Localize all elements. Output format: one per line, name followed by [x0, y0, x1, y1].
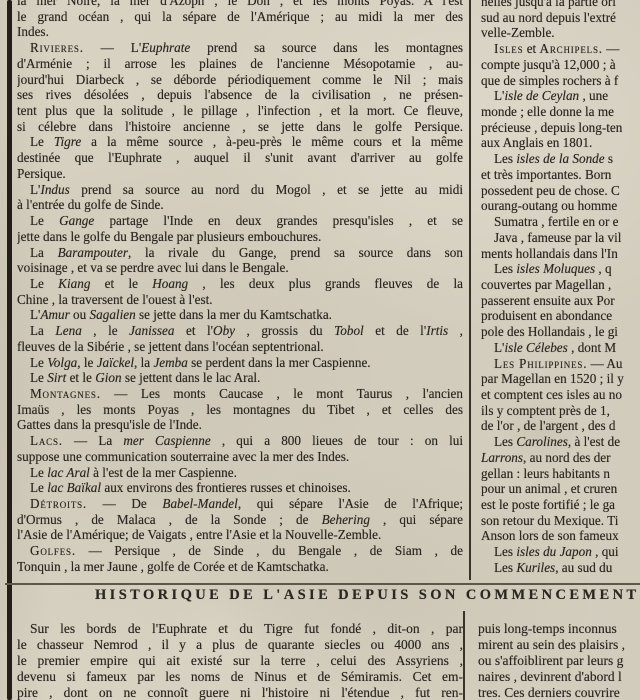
italic-text-run: isles du Japon — [516, 544, 591, 559]
text-run: , q — [595, 261, 611, 276]
text-run: tres. Ces derniers couvrire — [478, 685, 620, 700]
italic-text-run: Jemba — [153, 355, 187, 370]
text-run: Les — [494, 560, 516, 575]
text-line: passerent ensuite aux Por — [481, 293, 640, 309]
italic-text-run: Tobol — [334, 323, 364, 338]
text-run: — Au — [587, 356, 622, 371]
text-line: ils y comptent près de 1, — [481, 403, 640, 419]
text-line: Les isles de la Sonde s — [481, 151, 640, 167]
text-line: L'isle Célebes , dont M — [481, 340, 640, 356]
italic-text-run: Amur — [40, 307, 69, 322]
text-run: l'Asie de l'Amérique; de Vaigats , entre… — [17, 527, 381, 542]
text-line: ments hollandais dans l'In — [481, 246, 640, 262]
historique-right-column: puis long-temps inconnusmirent au sein d… — [478, 621, 640, 700]
text-line: jourd'hui Diarbeck , se déborde périodiq… — [17, 72, 463, 88]
italic-text-run: isles de la Sonde — [516, 151, 604, 166]
text-line: par Magellan en 1520 ; il y — [481, 371, 640, 387]
text-run: le grand océan , qui la sépare de l'Amér… — [17, 9, 463, 24]
text-run: d'Arménie ; il arrose les plaines de l'a… — [17, 56, 463, 71]
text-run: , les deux plus grands fleuves de la — [188, 276, 463, 291]
text-run: , au sud du — [555, 560, 612, 575]
italic-text-run: Kiang — [58, 276, 90, 291]
text-line: Le lac Baïkal aux environs des frontiere… — [17, 480, 463, 496]
text-run: , qui a 800 lieues de tour : on lui — [211, 433, 463, 448]
italic-text-run: Euphrate — [141, 40, 190, 55]
text-run: Le — [30, 370, 47, 385]
smallcaps-heading-run: Montagnes. — [30, 386, 101, 401]
text-line: Rivieres. — L'Euphrate prend sa source d… — [17, 40, 463, 56]
text-line: Larrons, au nord des der — [481, 450, 640, 466]
smallcaps-heading-run: Les Philippines. — [494, 356, 587, 371]
text-line: son retour du Mexique. Ti — [481, 513, 640, 529]
text-run: — La — [63, 433, 124, 448]
text-run: par Magellan en 1520 ; il y — [481, 371, 624, 386]
smallcaps-heading-run: Isles — [494, 41, 523, 56]
text-run: , — [448, 323, 463, 338]
text-line: L'Indus prend sa source au nord du Mogol… — [17, 182, 463, 198]
text-line: La Barampouter, la rivale du Gange, pren… — [17, 245, 463, 261]
text-line: pole des Hollandais , le gi — [481, 324, 640, 340]
italic-text-run: Janissea — [129, 323, 174, 338]
italic-text-run: Barampouter — [58, 245, 128, 260]
text-run: Java , fameuse par la vil — [494, 230, 621, 245]
italic-text-run: lac Aral — [47, 465, 90, 480]
text-line: Sur les bords de l'Euphrate et du Tigre … — [17, 621, 463, 637]
text-run: , grossis du — [235, 323, 334, 338]
text-run: précieuse , depuis long-ten — [481, 120, 622, 135]
text-run: ou — [70, 307, 90, 322]
text-run: , le — [82, 323, 129, 338]
text-run: aux Anglais en 1801. — [481, 135, 592, 150]
text-run: L' — [494, 340, 504, 355]
text-run: se jette dans la mer du Kamtschatka. — [136, 307, 332, 322]
text-run: , qui sépare — [370, 512, 463, 527]
text-run: couvertes par Magellan , — [481, 277, 611, 292]
text-run: fleuves de la Sibérie , se jettent dans … — [17, 339, 324, 354]
text-run: L' — [494, 88, 504, 103]
italic-text-run: Volga — [47, 355, 77, 370]
text-line: d'Arménie ; il arrose les plaines de l'a… — [17, 56, 463, 72]
text-line: Montagnes. — Les monts Caucase , le mont… — [17, 386, 463, 402]
section-divider-rule — [5, 583, 640, 585]
text-line: à l'entrée du golfe de Sinde. — [17, 197, 463, 213]
text-run: son retour du Mexique. Ti — [481, 513, 618, 528]
text-line: mirent au sein des plaisirs , — [478, 637, 640, 653]
text-run: pole des Hollandais , le gi — [481, 324, 618, 339]
text-run: et l' — [175, 323, 214, 338]
italic-text-run: Behering — [322, 512, 370, 527]
text-line: L'isle de Ceylan , une — [481, 88, 640, 104]
text-line: Les Philippines. — Au — [481, 356, 640, 372]
text-run: ou s'affoiblirent par leurs g — [478, 653, 623, 668]
text-run: ments hollandais dans l'In — [481, 246, 618, 261]
italic-text-run: Gange — [59, 213, 94, 228]
text-line: Les isles Moluques , q — [481, 261, 640, 277]
italic-text-run: lac Baïkal — [47, 480, 101, 495]
italic-text-run: isles Moluques — [516, 261, 595, 276]
text-run: a la même source , à-peu-près le même co… — [81, 134, 463, 149]
text-line: fleuves de la Sibérie , se jettent dans … — [17, 339, 463, 355]
text-run: passerent ensuite aux Por — [481, 293, 615, 308]
scanned-book-page: la mer Noire, la mer d'Azoph , le Don , … — [0, 0, 640, 700]
text-line: Indes. — [17, 24, 463, 40]
text-line: ses rives désolées , depuis l'absence de… — [17, 87, 463, 103]
text-run: ils y comptent près de 1, — [481, 403, 610, 418]
text-run: Gattes dans la presqu'isle de l'Inde. — [17, 417, 202, 432]
text-line: Les Carolines, à l'est de — [481, 434, 640, 450]
text-run: si célebre dans l'histoire ancienne , se… — [17, 119, 463, 134]
italic-text-run: Hoang — [152, 276, 188, 291]
text-run: — Les monts Caucase , le mont Taurus , l… — [101, 386, 463, 401]
text-run: que de simples rochers à f — [481, 73, 618, 88]
text-run: , la — [134, 355, 153, 370]
text-run: Le — [30, 134, 54, 149]
text-run: suppose une communication souterraine av… — [17, 449, 349, 464]
text-line: ourang-outang ou homme — [481, 198, 640, 214]
smallcaps-heading-run: Golfes. — [30, 543, 76, 558]
italic-text-run: isle Célebes — [504, 340, 567, 355]
italic-text-run: Oby — [213, 323, 235, 338]
text-line: Le Gange partage l'Inde en deux grandes … — [17, 213, 463, 229]
text-line: précieuse , depuis long-ten — [481, 120, 640, 136]
text-line: La Lena , le Janissea et l'Oby , grossis… — [17, 323, 463, 339]
italic-text-run: Babel-Mandel — [162, 496, 237, 511]
text-run: tent plus que la solitude , le pillage ,… — [17, 103, 463, 118]
text-run: — — [603, 41, 619, 56]
column-divider-bottom — [463, 611, 465, 700]
italic-text-run: isle de Ceylan — [504, 88, 579, 103]
text-run: L' — [30, 182, 40, 197]
text-line: aux Anglais en 1801. — [481, 135, 640, 151]
text-run: nelles jusqu'à la partie ori — [481, 0, 616, 9]
text-run: sud au nord depuis l'extré — [481, 10, 616, 25]
text-run: jourd'hui Diarbeck , se déborde périodiq… — [17, 72, 463, 87]
italic-text-run: Tigre — [54, 134, 81, 149]
text-run: le premier empire qui ait existé sur la … — [17, 653, 463, 668]
text-line: que de simples rochers à f — [481, 73, 640, 89]
italic-text-run: mer Caspienne — [123, 433, 210, 448]
text-line: d'Ormus , de Malaca , de la Sonde ; de B… — [17, 512, 463, 528]
text-line: jette dans le golfe du Bengale par plusi… — [17, 229, 463, 245]
text-run: , qui sépare l'Asie de l'Afrique; — [238, 496, 463, 511]
text-line: L'Amur ou Sagalien se jette dans la mer … — [17, 307, 463, 323]
text-line: Imaüs , les monts Poyas , les montagnes … — [17, 402, 463, 418]
text-run: et comptent ces isles au no — [481, 387, 622, 402]
italic-text-run: Carolines — [516, 434, 568, 449]
text-run: — L' — [84, 40, 141, 55]
text-line: Le Tigre a la même source , à-peu-près l… — [17, 134, 463, 150]
italic-text-run: Kuriles — [516, 560, 555, 575]
smallcaps-heading-run: Rivieres. — [30, 40, 84, 55]
italic-text-run: Larrons — [481, 450, 523, 465]
text-run: et de l' — [364, 323, 426, 338]
italic-text-run: Irtis — [426, 323, 448, 338]
text-line: destinée que l'Euphrate , auquel il s'un… — [17, 150, 463, 166]
text-line: Le Sirt et le Gion se jettent dans le la… — [17, 370, 463, 386]
text-line: Sumatra , fertile en or e — [481, 214, 640, 230]
text-line: gellan : leurs habitants n — [481, 466, 640, 482]
text-line: le grand océan , qui la sépare de l'Amér… — [17, 9, 463, 25]
section-heading: HISTORIQUE DE L'ASIE DEPUIS SON COMMENCE… — [95, 587, 640, 604]
text-run: Sumatra , fertile en or e — [494, 214, 619, 229]
text-run: Les — [494, 151, 516, 166]
text-line: pire , dont on ne connoît guere ni l'his… — [17, 685, 463, 700]
text-line: voisinage , et va se perdre avec lui dan… — [17, 260, 463, 276]
text-line: monde ; elle donne la me — [481, 104, 640, 120]
italic-text-run: Gion — [95, 370, 121, 385]
text-run: Tonquin , la mer Jaune , golfe de Corée … — [17, 559, 329, 574]
text-run: de l'or , de l'argent , des d — [481, 418, 616, 433]
text-line: Le lac Aral à l'est de la mer Caspienne. — [17, 465, 463, 481]
text-line: naires , devinrent d'abord l — [478, 669, 640, 685]
text-run: Anson lors de son fameux — [481, 528, 619, 543]
text-run: , dont M — [568, 340, 616, 355]
text-run: mirent au sein des plaisirs , — [478, 637, 625, 652]
text-line: Tonquin , la mer Jaune , golfe de Corée … — [17, 559, 463, 575]
text-line: Les isles du Japon , qui — [481, 544, 640, 560]
italic-text-run: Lena — [55, 323, 81, 338]
text-line: Le Kiang et le Hoang , les deux plus gra… — [17, 276, 463, 292]
text-run: , une — [579, 88, 608, 103]
text-run: s — [605, 151, 613, 166]
text-run: La — [30, 323, 55, 338]
text-run: le chasseur Nemrod , il y a plus de quar… — [17, 637, 463, 652]
text-run: puis long-temps inconnus — [478, 621, 617, 636]
text-line: Gattes dans la presqu'isle de l'Inde. — [17, 417, 463, 433]
text-run: — Persique , de Sinde , du Bengale , de … — [76, 543, 463, 558]
text-run: Le — [30, 480, 47, 495]
text-line: tres. Ces derniers couvrire — [478, 685, 640, 700]
text-run: Persique. — [17, 166, 66, 181]
text-run: jette dans le golfe du Bengale par plusi… — [17, 229, 321, 244]
text-run: Le — [30, 213, 59, 228]
text-run: ses rives désolées , depuis l'absence de… — [17, 87, 463, 102]
text-line: l'Asie de l'Amérique; de Vaigats , entre… — [17, 527, 463, 543]
text-run: pire , dont on ne connoît guere ni l'his… — [17, 685, 463, 700]
text-line: et comptent ces isles au no — [481, 387, 640, 403]
text-run: aux environs des frontieres russes et ch… — [101, 480, 351, 495]
text-run: compte jusqu'à 12,000 ; à — [481, 57, 616, 72]
smallcaps-heading-run: Détroits. — [30, 496, 87, 511]
text-run: naires , devinrent d'abord l — [478, 669, 622, 684]
text-run: prend sa source dans les montagnes — [190, 40, 463, 55]
text-line: sud au nord depuis l'extré — [481, 10, 640, 26]
italic-text-run: Sirt — [47, 370, 66, 385]
text-line: le premier empire qui ait existé sur la … — [17, 653, 463, 669]
italic-text-run: Indus — [40, 182, 69, 197]
text-run: Le — [30, 465, 47, 480]
text-run: monde ; elle donne la me — [481, 104, 614, 119]
text-line: Isles et Archipels. — — [481, 41, 640, 57]
left-margin-rule — [7, 0, 12, 700]
text-run: , à l'est de — [568, 434, 620, 449]
text-run: Sur les bords de l'Euphrate et du Tigre … — [30, 621, 463, 636]
text-line: le chasseur Nemrod , il y a plus de quar… — [17, 637, 463, 653]
text-line: Les Kuriles, au sud du — [481, 560, 640, 576]
text-run: voisinage , et va se perdre avec lui dan… — [17, 260, 289, 275]
text-run: produisent en abondance — [481, 308, 612, 323]
text-run: la mer Noire, la mer d'Azoph , le Don , … — [17, 0, 463, 8]
text-run: ourang-outang ou homme — [481, 198, 617, 213]
text-run: possedent peu de chose. C — [481, 183, 620, 198]
text-run: d'Ormus , de Malaca , de la Sonde ; de — [17, 512, 322, 527]
text-line: puis long-temps inconnus — [478, 621, 640, 637]
text-run: prend sa source au nord du Mogol , et se… — [70, 182, 463, 197]
text-line: Chine , la traversent de l'ouest à l'est… — [17, 292, 463, 308]
text-line: Persique. — [17, 166, 463, 182]
text-run: , la rivale du Gange, prend sa source da… — [128, 245, 463, 260]
text-run: La — [30, 245, 58, 260]
text-run: et — [523, 41, 539, 56]
text-run: , au nord des der — [523, 450, 611, 465]
text-run: Les — [494, 434, 516, 449]
text-line: pour un animal , et cruren — [481, 481, 640, 497]
text-line: tent plus que la solitude , le pillage ,… — [17, 103, 463, 119]
text-line: Golfes. — Persique , de Sinde , du Benga… — [17, 543, 463, 559]
text-run: partage l'Inde en deux grandes presqu'is… — [94, 213, 463, 228]
text-line: de l'or , de l'argent , des d — [481, 418, 640, 434]
italic-text-run: Jaïckel — [97, 355, 134, 370]
text-line: suppose une communication souterraine av… — [17, 449, 463, 465]
italic-text-run: Sagalien — [90, 307, 136, 322]
text-line: Java , fameuse par la vil — [481, 230, 640, 246]
text-run: Les — [494, 544, 516, 559]
text-run: est le poste fortifié ; le ga — [481, 497, 615, 512]
text-line: la mer Noire, la mer d'Azoph , le Don , … — [17, 0, 463, 9]
text-run: velle-Zemble. — [481, 25, 555, 40]
text-run: se perdent dans la mer Caspienne. — [188, 355, 371, 370]
text-run: Imaüs , les monts Poyas , les montagnes … — [17, 402, 463, 417]
text-run: gellan : leurs habitants n — [481, 466, 610, 481]
text-line: velle-Zemble. — [481, 25, 640, 41]
text-run: se jettent dans le lac Aral. — [122, 370, 261, 385]
text-line: ou s'affoiblirent par leurs g — [478, 653, 640, 669]
text-line: devenu si fameux par les noms de Ninus e… — [17, 669, 463, 685]
text-run: à l'est de la mer Caspienne. — [90, 465, 237, 480]
text-line: compte jusqu'à 12,000 ; à — [481, 57, 640, 73]
text-run: , qui — [592, 544, 619, 559]
text-line: est le poste fortifié ; le ga — [481, 497, 640, 513]
historique-left-column: Sur les bords de l'Euphrate et du Tigre … — [17, 621, 463, 700]
text-line: nelles jusqu'à la partie ori — [481, 0, 640, 10]
text-run: — De — [87, 496, 162, 511]
text-line: si célebre dans l'histoire ancienne , se… — [17, 119, 463, 135]
text-run: devenu si fameux par les noms de Ninus e… — [17, 669, 463, 684]
text-run: Le — [30, 276, 58, 291]
text-run: , le — [77, 355, 96, 370]
text-run: et le — [90, 276, 152, 291]
text-run: Indes. — [17, 24, 49, 39]
isles-column: nelles jusqu'à la partie orisud au nord … — [481, 0, 640, 576]
text-run: destinée que l'Euphrate , auquel il s'un… — [17, 150, 463, 165]
text-line: Détroits. — De Babel-Mandel, qui sépare … — [17, 496, 463, 512]
text-line: possedent peu de chose. C — [481, 183, 640, 199]
text-run: Le — [30, 355, 47, 370]
smallcaps-heading-run: Archipels. — [540, 41, 603, 56]
text-run: Chine , la traversent de l'ouest à l'est… — [17, 292, 213, 307]
text-line: et très importantes. Born — [481, 167, 640, 183]
text-line: Le Volga, le Jaïckel, la Jemba se perden… — [17, 355, 463, 371]
text-line: produisent en abondance — [481, 308, 640, 324]
text-run: et le — [66, 370, 95, 385]
geography-column: la mer Noire, la mer d'Azoph , le Don , … — [17, 0, 463, 575]
text-run: à l'entrée du golfe de Sinde. — [17, 197, 164, 212]
text-line: Lacs. — La mer Caspienne , qui a 800 lie… — [17, 433, 463, 449]
column-divider-top — [469, 0, 471, 580]
text-line: couvertes par Magellan , — [481, 277, 640, 293]
text-line: Anson lors de son fameux — [481, 528, 640, 544]
text-run: pour un animal , et cruren — [481, 481, 617, 496]
text-run: Les — [494, 261, 516, 276]
text-run: et très importantes. Born — [481, 167, 611, 182]
smallcaps-heading-run: Lacs. — [30, 433, 63, 448]
text-run: L' — [30, 307, 40, 322]
